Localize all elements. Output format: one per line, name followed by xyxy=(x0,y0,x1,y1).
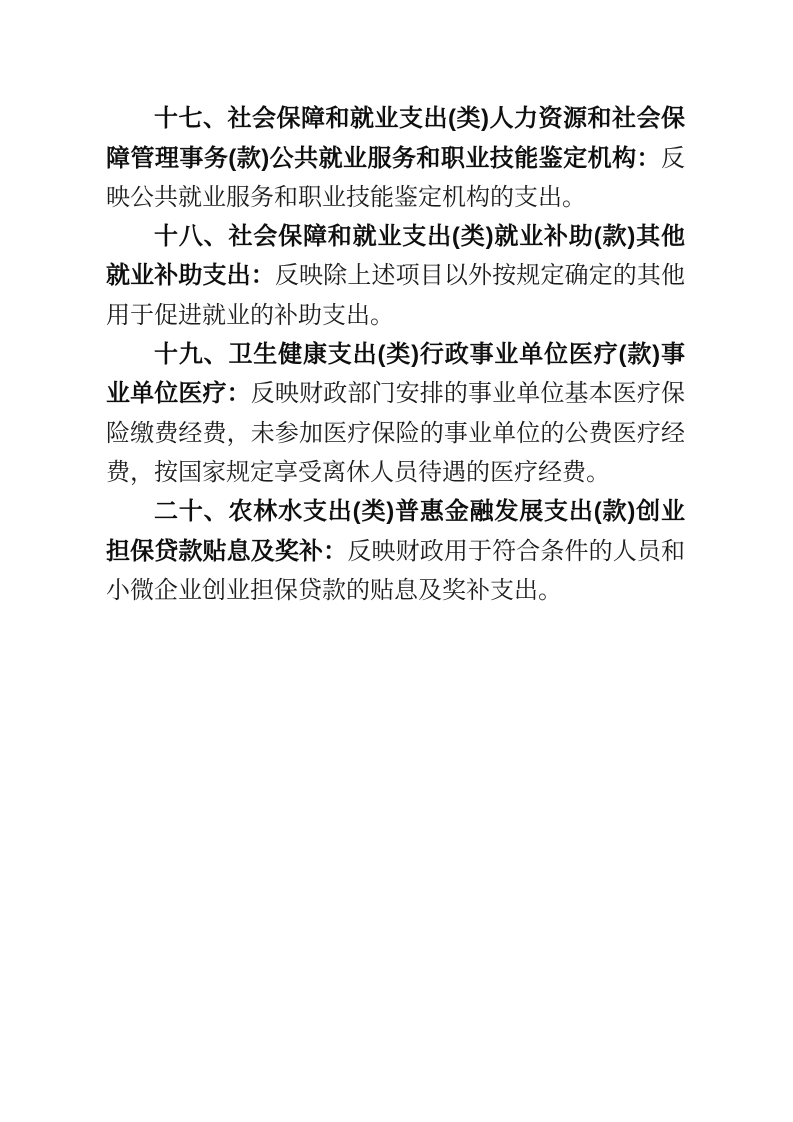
definition-paragraph-17: 十七、社会保障和就业支出(类)人力资源和社会保障管理事务(款)公共就业服务和职业… xyxy=(106,100,685,218)
definition-paragraph-19: 十九、卫生健康支出(类)行政事业单位医疗(款)事业单位医疗：反映财政部门安排的事… xyxy=(106,336,685,493)
document-body: 十七、社会保障和就业支出(类)人力资源和社会保障管理事务(款)公共就业服务和职业… xyxy=(106,100,685,611)
definition-paragraph-20: 二十、农林水支出(类)普惠金融发展支出(款)创业担保贷款贴息及奖补：反映财政用于… xyxy=(106,493,685,611)
document-page: 十七、社会保障和就业支出(类)人力资源和社会保障管理事务(款)公共就业服务和职业… xyxy=(0,0,793,1122)
definition-paragraph-18: 十八、社会保障和就业支出(类)就业补助(款)其他就业补助支出：反映除上述项目以外… xyxy=(106,218,685,336)
budget-item-term: 十七、社会保障和就业支出(类)人力资源和社会保障管理事务(款)公共就业服务和职业… xyxy=(106,105,685,172)
